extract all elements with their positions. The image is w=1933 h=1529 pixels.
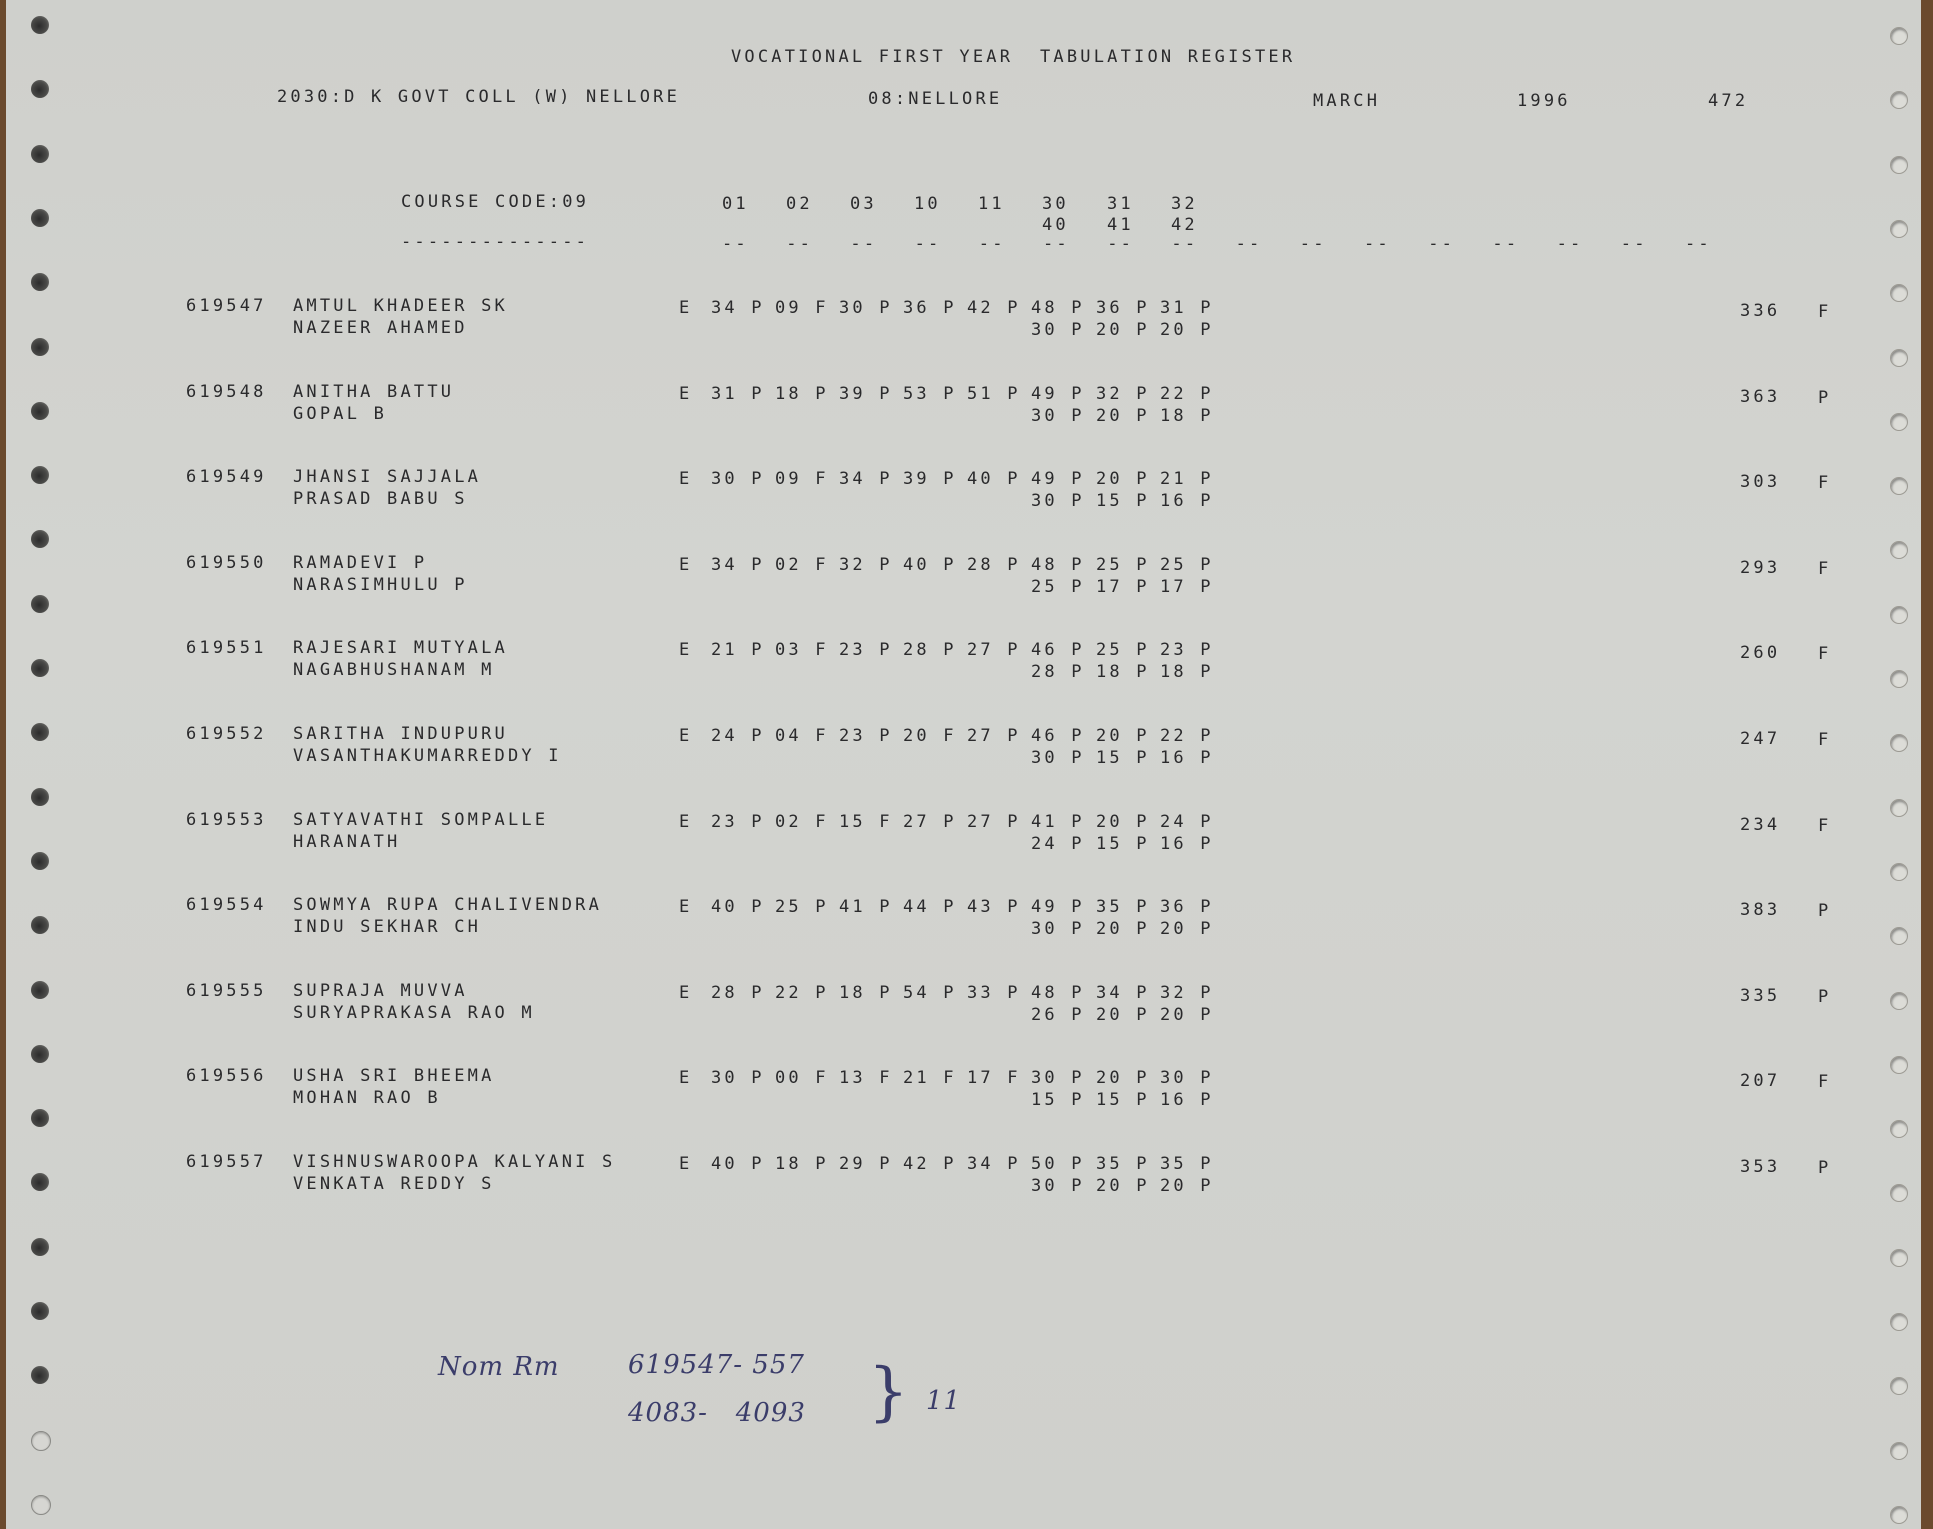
subject-mark: 30 P [1031, 1068, 1085, 1088]
column-header: 01 [722, 194, 749, 214]
subject-mark: 32 P [1096, 384, 1150, 404]
roll-number: 619556 [186, 1066, 267, 1086]
column-dash: -- [1300, 234, 1327, 254]
feed-hole-left [31, 402, 49, 420]
subject-mark: 42 P [903, 1154, 957, 1174]
subject-mark: 18 P [775, 1154, 829, 1174]
column-header: 02 [786, 194, 813, 214]
subject-mark: 04 F [775, 726, 829, 746]
subject-mark: 34 P [1096, 983, 1150, 1003]
subject-mark-part2: 30 P [1031, 919, 1085, 939]
subject-mark-part2: 18 P [1160, 406, 1214, 426]
column-dash: -- [786, 234, 813, 254]
subject-mark: 49 P [1031, 384, 1085, 404]
feed-hole-left [31, 338, 49, 356]
subject-mark-part2: 15 P [1096, 491, 1150, 511]
roll-number: 619549 [186, 467, 267, 487]
feed-hole-right [1890, 1506, 1908, 1524]
column-dash: -- [1685, 234, 1712, 254]
subject-mark: 25 P [1160, 555, 1214, 575]
subject-mark: 41 P [1031, 812, 1085, 832]
subject-mark: 21 P [1160, 469, 1214, 489]
total-marks: 353 [1740, 1157, 1780, 1177]
total-marks: 363 [1740, 387, 1780, 407]
feed-hole-right [1890, 992, 1908, 1010]
column-header: 11 [978, 194, 1005, 214]
medium: E [679, 1154, 692, 1174]
handwritten-note-line1-prefix: Nom Rm [438, 1352, 560, 1382]
subject-mark-part2: 20 P [1096, 1176, 1150, 1196]
feed-hole-right [1890, 1120, 1908, 1138]
subject-mark-part2: 30 P [1031, 748, 1085, 768]
feed-hole-left [31, 466, 49, 484]
subject-mark: 49 P [1031, 897, 1085, 917]
course-code-underline: -------------- [401, 232, 589, 252]
roll-number: 619555 [186, 981, 267, 1001]
feed-hole-left [31, 1431, 51, 1451]
exam-year: 1996 [1517, 91, 1571, 111]
handwritten-brace: } [868, 1360, 909, 1424]
register-title: VOCATIONAL FIRST YEAR TABULATION REGISTE… [731, 47, 1295, 67]
feed-hole-left [31, 1109, 49, 1127]
subject-mark: 15 F [839, 812, 893, 832]
subject-mark-part2: 16 P [1160, 1090, 1214, 1110]
column-subheader: 42 [1171, 215, 1198, 235]
column-dash: -- [1236, 234, 1263, 254]
feed-hole-right [1890, 413, 1908, 431]
subject-mark-part2: 30 P [1031, 1176, 1085, 1196]
parent-name: HARANATH [293, 832, 400, 852]
college-name: 2030:D K GOVT COLL (W) NELLORE [277, 87, 680, 107]
handwritten-note-line1-range: 619547- 557 [628, 1350, 805, 1380]
subject-mark-part2: 16 P [1160, 748, 1214, 768]
roll-number: 619547 [186, 296, 267, 316]
feed-hole-left [31, 916, 49, 934]
subject-mark: 40 P [711, 1154, 765, 1174]
medium: E [679, 384, 692, 404]
subject-mark: 25 P [775, 897, 829, 917]
subject-mark: 39 P [839, 384, 893, 404]
medium: E [679, 812, 692, 832]
student-name: JHANSI SAJJALA [293, 467, 481, 487]
result: F [1818, 302, 1831, 322]
subject-mark: 35 P [1096, 897, 1150, 917]
subject-mark: 32 P [839, 555, 893, 575]
medium: E [679, 298, 692, 318]
handwritten-note-line2-range: 4083- 4093 [628, 1398, 806, 1428]
subject-mark: 49 P [1031, 469, 1085, 489]
feed-hole-right [1890, 670, 1908, 688]
student-name: SOWMYA RUPA CHALIVENDRA [293, 895, 602, 915]
result: F [1818, 730, 1831, 750]
subject-mark-part2: 20 P [1160, 1005, 1214, 1025]
column-dash: -- [1492, 234, 1519, 254]
subject-mark: 31 P [711, 384, 765, 404]
result: F [1818, 816, 1831, 836]
total-marks: 336 [1740, 301, 1780, 321]
column-dash: -- [1621, 234, 1648, 254]
student-name: ANITHA BATTU [293, 382, 454, 402]
subject-mark: 42 P [967, 298, 1021, 318]
subject-mark: 28 P [967, 555, 1021, 575]
total-marks: 234 [1740, 815, 1780, 835]
subject-mark: 23 P [839, 640, 893, 660]
parent-name: VENKATA REDDY S [293, 1174, 495, 1194]
subject-mark: 40 P [903, 555, 957, 575]
subject-mark: 31 P [1160, 298, 1214, 318]
student-name: VISHNUSWAROOPA KALYANI S [293, 1152, 615, 1172]
subject-mark: 03 F [775, 640, 829, 660]
subject-mark: 00 F [775, 1068, 829, 1088]
column-header: 32 [1171, 194, 1198, 214]
roll-number: 619548 [186, 382, 267, 402]
result: P [1818, 987, 1831, 1007]
subject-mark: 35 P [1096, 1154, 1150, 1174]
feed-hole-right [1890, 1056, 1908, 1074]
feed-hole-left [31, 530, 49, 548]
subject-mark: 20 F [903, 726, 957, 746]
subject-mark: 17 F [967, 1068, 1021, 1088]
column-dash: -- [1557, 234, 1584, 254]
subject-mark: 43 P [967, 897, 1021, 917]
subject-mark: 23 P [839, 726, 893, 746]
subject-mark: 22 P [1160, 726, 1214, 746]
subject-mark-part2: 24 P [1031, 834, 1085, 854]
subject-mark: 02 F [775, 555, 829, 575]
feed-hole-right [1890, 27, 1908, 45]
subject-mark: 30 P [1160, 1068, 1214, 1088]
feed-hole-left [31, 145, 49, 163]
subject-mark-part2: 30 P [1031, 491, 1085, 511]
subject-mark: 18 P [775, 384, 829, 404]
feed-hole-right [1890, 1184, 1908, 1202]
subject-mark-part2: 20 P [1160, 919, 1214, 939]
parent-name: MOHAN RAO B [293, 1088, 441, 1108]
column-header: 03 [850, 194, 877, 214]
subject-mark: 41 P [839, 897, 893, 917]
student-name: SATYAVATHI SOMPALLE [293, 810, 548, 830]
subject-mark: 34 P [967, 1154, 1021, 1174]
medium: E [679, 1068, 692, 1088]
subject-mark: 24 P [1160, 812, 1214, 832]
subject-mark: 36 P [1160, 897, 1214, 917]
feed-hole-left [31, 788, 49, 806]
roll-number: 619552 [186, 724, 267, 744]
subject-mark-part2: 18 P [1096, 662, 1150, 682]
result: F [1818, 559, 1831, 579]
subject-mark-part2: 20 P [1096, 406, 1150, 426]
parent-name: NAGABHUSHANAM M [293, 660, 495, 680]
subject-mark: 27 P [967, 640, 1021, 660]
subject-mark-part2: 15 P [1096, 834, 1150, 854]
roll-number: 619553 [186, 810, 267, 830]
feed-hole-left [31, 981, 49, 999]
total-marks: 247 [1740, 729, 1780, 749]
subject-mark: 34 P [711, 555, 765, 575]
subject-mark: 51 P [967, 384, 1021, 404]
subject-mark-part2: 20 P [1160, 1176, 1214, 1196]
exam-month: MARCH [1313, 91, 1380, 111]
result: F [1818, 644, 1831, 664]
subject-mark: 20 P [1096, 469, 1150, 489]
subject-mark: 30 P [711, 1068, 765, 1088]
page-number: 472 [1708, 91, 1748, 111]
student-name: AMTUL KHADEER SK [293, 296, 508, 316]
column-subheader: 40 [1042, 215, 1069, 235]
feed-hole-left [31, 852, 49, 870]
subject-mark: 36 P [903, 298, 957, 318]
medium: E [679, 897, 692, 917]
subject-mark: 32 P [1160, 983, 1214, 1003]
subject-mark-part2: 30 P [1031, 320, 1085, 340]
result: F [1818, 473, 1831, 493]
roll-number: 619550 [186, 553, 267, 573]
subject-mark: 22 P [1160, 384, 1214, 404]
feed-hole-right [1890, 349, 1908, 367]
feed-hole-left [31, 723, 49, 741]
feed-hole-left [31, 1495, 51, 1515]
feed-hole-left [31, 595, 49, 613]
result: F [1818, 1072, 1831, 1092]
column-dash: -- [850, 234, 877, 254]
total-marks: 303 [1740, 472, 1780, 492]
feed-hole-right [1890, 863, 1908, 881]
student-name: RAJESARI MUTYALA [293, 638, 508, 658]
feed-hole-right [1890, 799, 1908, 817]
subject-mark: 24 P [711, 726, 765, 746]
subject-mark-part2: 20 P [1096, 320, 1150, 340]
feed-hole-left [31, 659, 49, 677]
subject-mark: 27 P [903, 812, 957, 832]
feed-hole-right [1890, 220, 1908, 238]
column-dash: -- [1364, 234, 1391, 254]
subject-mark: 29 P [839, 1154, 893, 1174]
column-header: 30 [1042, 194, 1069, 214]
feed-hole-right [1890, 1313, 1908, 1331]
feed-hole-left [31, 1045, 49, 1063]
feed-hole-right [1890, 927, 1908, 945]
subject-mark: 40 P [967, 469, 1021, 489]
feed-hole-left [31, 1238, 49, 1256]
subject-mark: 09 F [775, 469, 829, 489]
subject-mark-part2: 30 P [1031, 406, 1085, 426]
subject-mark-part2: 25 P [1031, 577, 1085, 597]
medium: E [679, 983, 692, 1003]
feed-hole-right [1890, 91, 1908, 109]
subject-mark: 27 P [967, 726, 1021, 746]
subject-mark: 23 P [1160, 640, 1214, 660]
roll-number: 619557 [186, 1152, 267, 1172]
subject-mark-part2: 15 P [1096, 748, 1150, 768]
subject-mark: 46 P [1031, 726, 1085, 746]
subject-mark: 02 F [775, 812, 829, 832]
feed-hole-right [1890, 1377, 1908, 1395]
subject-mark: 25 P [1096, 555, 1150, 575]
subject-mark: 46 P [1031, 640, 1085, 660]
feed-hole-right [1890, 1442, 1908, 1460]
feed-hole-left [31, 1173, 49, 1191]
feed-hole-left [31, 209, 49, 227]
handwritten-count: 11 [926, 1386, 961, 1416]
subject-mark: 21 F [903, 1068, 957, 1088]
subject-mark-part2: 17 P [1160, 577, 1214, 597]
feed-hole-right [1890, 606, 1908, 624]
subject-mark: 22 P [775, 983, 829, 1003]
column-dash: -- [1171, 234, 1198, 254]
subject-mark-part2: 18 P [1160, 662, 1214, 682]
feed-hole-left [31, 273, 49, 291]
medium: E [679, 640, 692, 660]
subject-mark-part2: 20 P [1096, 1005, 1150, 1025]
parent-name: NARASIMHULU P [293, 575, 468, 595]
column-dash: -- [1107, 234, 1134, 254]
student-name: SUPRAJA MUVVA [293, 981, 468, 1001]
parent-name: PRASAD BABU S [293, 489, 468, 509]
feed-hole-right [1890, 477, 1908, 495]
feed-hole-left [31, 16, 49, 34]
subject-mark: 48 P [1031, 298, 1085, 318]
subject-mark: 36 P [1096, 298, 1150, 318]
parent-name: NAZEER AHAMED [293, 318, 468, 338]
column-header: 10 [914, 194, 941, 214]
subject-mark: 09 F [775, 298, 829, 318]
medium: E [679, 469, 692, 489]
subject-mark-part2: 15 P [1096, 1090, 1150, 1110]
subject-mark: 53 P [903, 384, 957, 404]
feed-hole-left [31, 1302, 49, 1320]
column-dash: -- [722, 234, 749, 254]
feed-hole-left [31, 1366, 49, 1384]
column-dash: -- [979, 234, 1006, 254]
subject-mark: 35 P [1160, 1154, 1214, 1174]
subject-mark-part2: 28 P [1031, 662, 1085, 682]
subject-mark: 34 P [711, 298, 765, 318]
district: 08:NELLORE [868, 89, 1002, 109]
subject-mark-part2: 20 P [1160, 320, 1214, 340]
course-code: COURSE CODE:09 [401, 192, 589, 212]
tabulation-register-sheet: VOCATIONAL FIRST YEAR TABULATION REGISTE… [6, 0, 1921, 1529]
column-subheader: 41 [1107, 215, 1134, 235]
subject-mark: 18 P [839, 983, 893, 1003]
subject-mark: 20 P [1096, 726, 1150, 746]
total-marks: 260 [1740, 643, 1780, 663]
subject-mark-part2: 17 P [1096, 577, 1150, 597]
total-marks: 293 [1740, 558, 1780, 578]
subject-mark: 54 P [903, 983, 957, 1003]
column-dash: -- [915, 234, 942, 254]
subject-mark-part2: 20 P [1096, 919, 1150, 939]
student-name: RAMADEVI P [293, 553, 427, 573]
result: P [1818, 1158, 1831, 1178]
total-marks: 383 [1740, 900, 1780, 920]
parent-name: VASANTHAKUMARREDDY I [293, 746, 562, 766]
subject-mark: 34 P [839, 469, 893, 489]
result: P [1818, 388, 1831, 408]
roll-number: 619554 [186, 895, 267, 915]
medium: E [679, 726, 692, 746]
parent-name: INDU SEKHAR CH [293, 917, 481, 937]
subject-mark: 21 P [711, 640, 765, 660]
subject-mark: 39 P [903, 469, 957, 489]
subject-mark-part2: 26 P [1031, 1005, 1085, 1025]
feed-hole-left [31, 80, 49, 98]
subject-mark: 30 P [839, 298, 893, 318]
subject-mark: 28 P [711, 983, 765, 1003]
subject-mark-part2: 16 P [1160, 834, 1214, 854]
parent-name: SURYAPRAKASA RAO M [293, 1003, 535, 1023]
result: P [1818, 901, 1831, 921]
column-dash: -- [1428, 234, 1455, 254]
subject-mark: 48 P [1031, 983, 1085, 1003]
feed-hole-right [1890, 734, 1908, 752]
subject-mark: 23 P [711, 812, 765, 832]
subject-mark: 48 P [1031, 555, 1085, 575]
subject-mark: 20 P [1096, 1068, 1150, 1088]
feed-hole-right [1890, 284, 1908, 302]
subject-mark: 40 P [711, 897, 765, 917]
subject-mark: 27 P [967, 812, 1021, 832]
feed-hole-right [1890, 156, 1908, 174]
subject-mark: 25 P [1096, 640, 1150, 660]
subject-mark: 20 P [1096, 812, 1150, 832]
total-marks: 335 [1740, 986, 1780, 1006]
medium: E [679, 555, 692, 575]
feed-hole-right [1890, 541, 1908, 559]
subject-mark: 13 F [839, 1068, 893, 1088]
subject-mark: 28 P [903, 640, 957, 660]
total-marks: 207 [1740, 1071, 1780, 1091]
column-dash: -- [1043, 234, 1070, 254]
parent-name: GOPAL B [293, 404, 387, 424]
subject-mark: 30 P [711, 469, 765, 489]
subject-mark-part2: 16 P [1160, 491, 1214, 511]
column-header: 31 [1107, 194, 1134, 214]
subject-mark: 50 P [1031, 1154, 1085, 1174]
student-name: SARITHA INDUPURU [293, 724, 508, 744]
roll-number: 619551 [186, 638, 267, 658]
feed-hole-right [1890, 1249, 1908, 1267]
subject-mark: 33 P [967, 983, 1021, 1003]
student-name: USHA SRI BHEEMA [293, 1066, 495, 1086]
subject-mark-part2: 15 P [1031, 1090, 1085, 1110]
subject-mark: 44 P [903, 897, 957, 917]
